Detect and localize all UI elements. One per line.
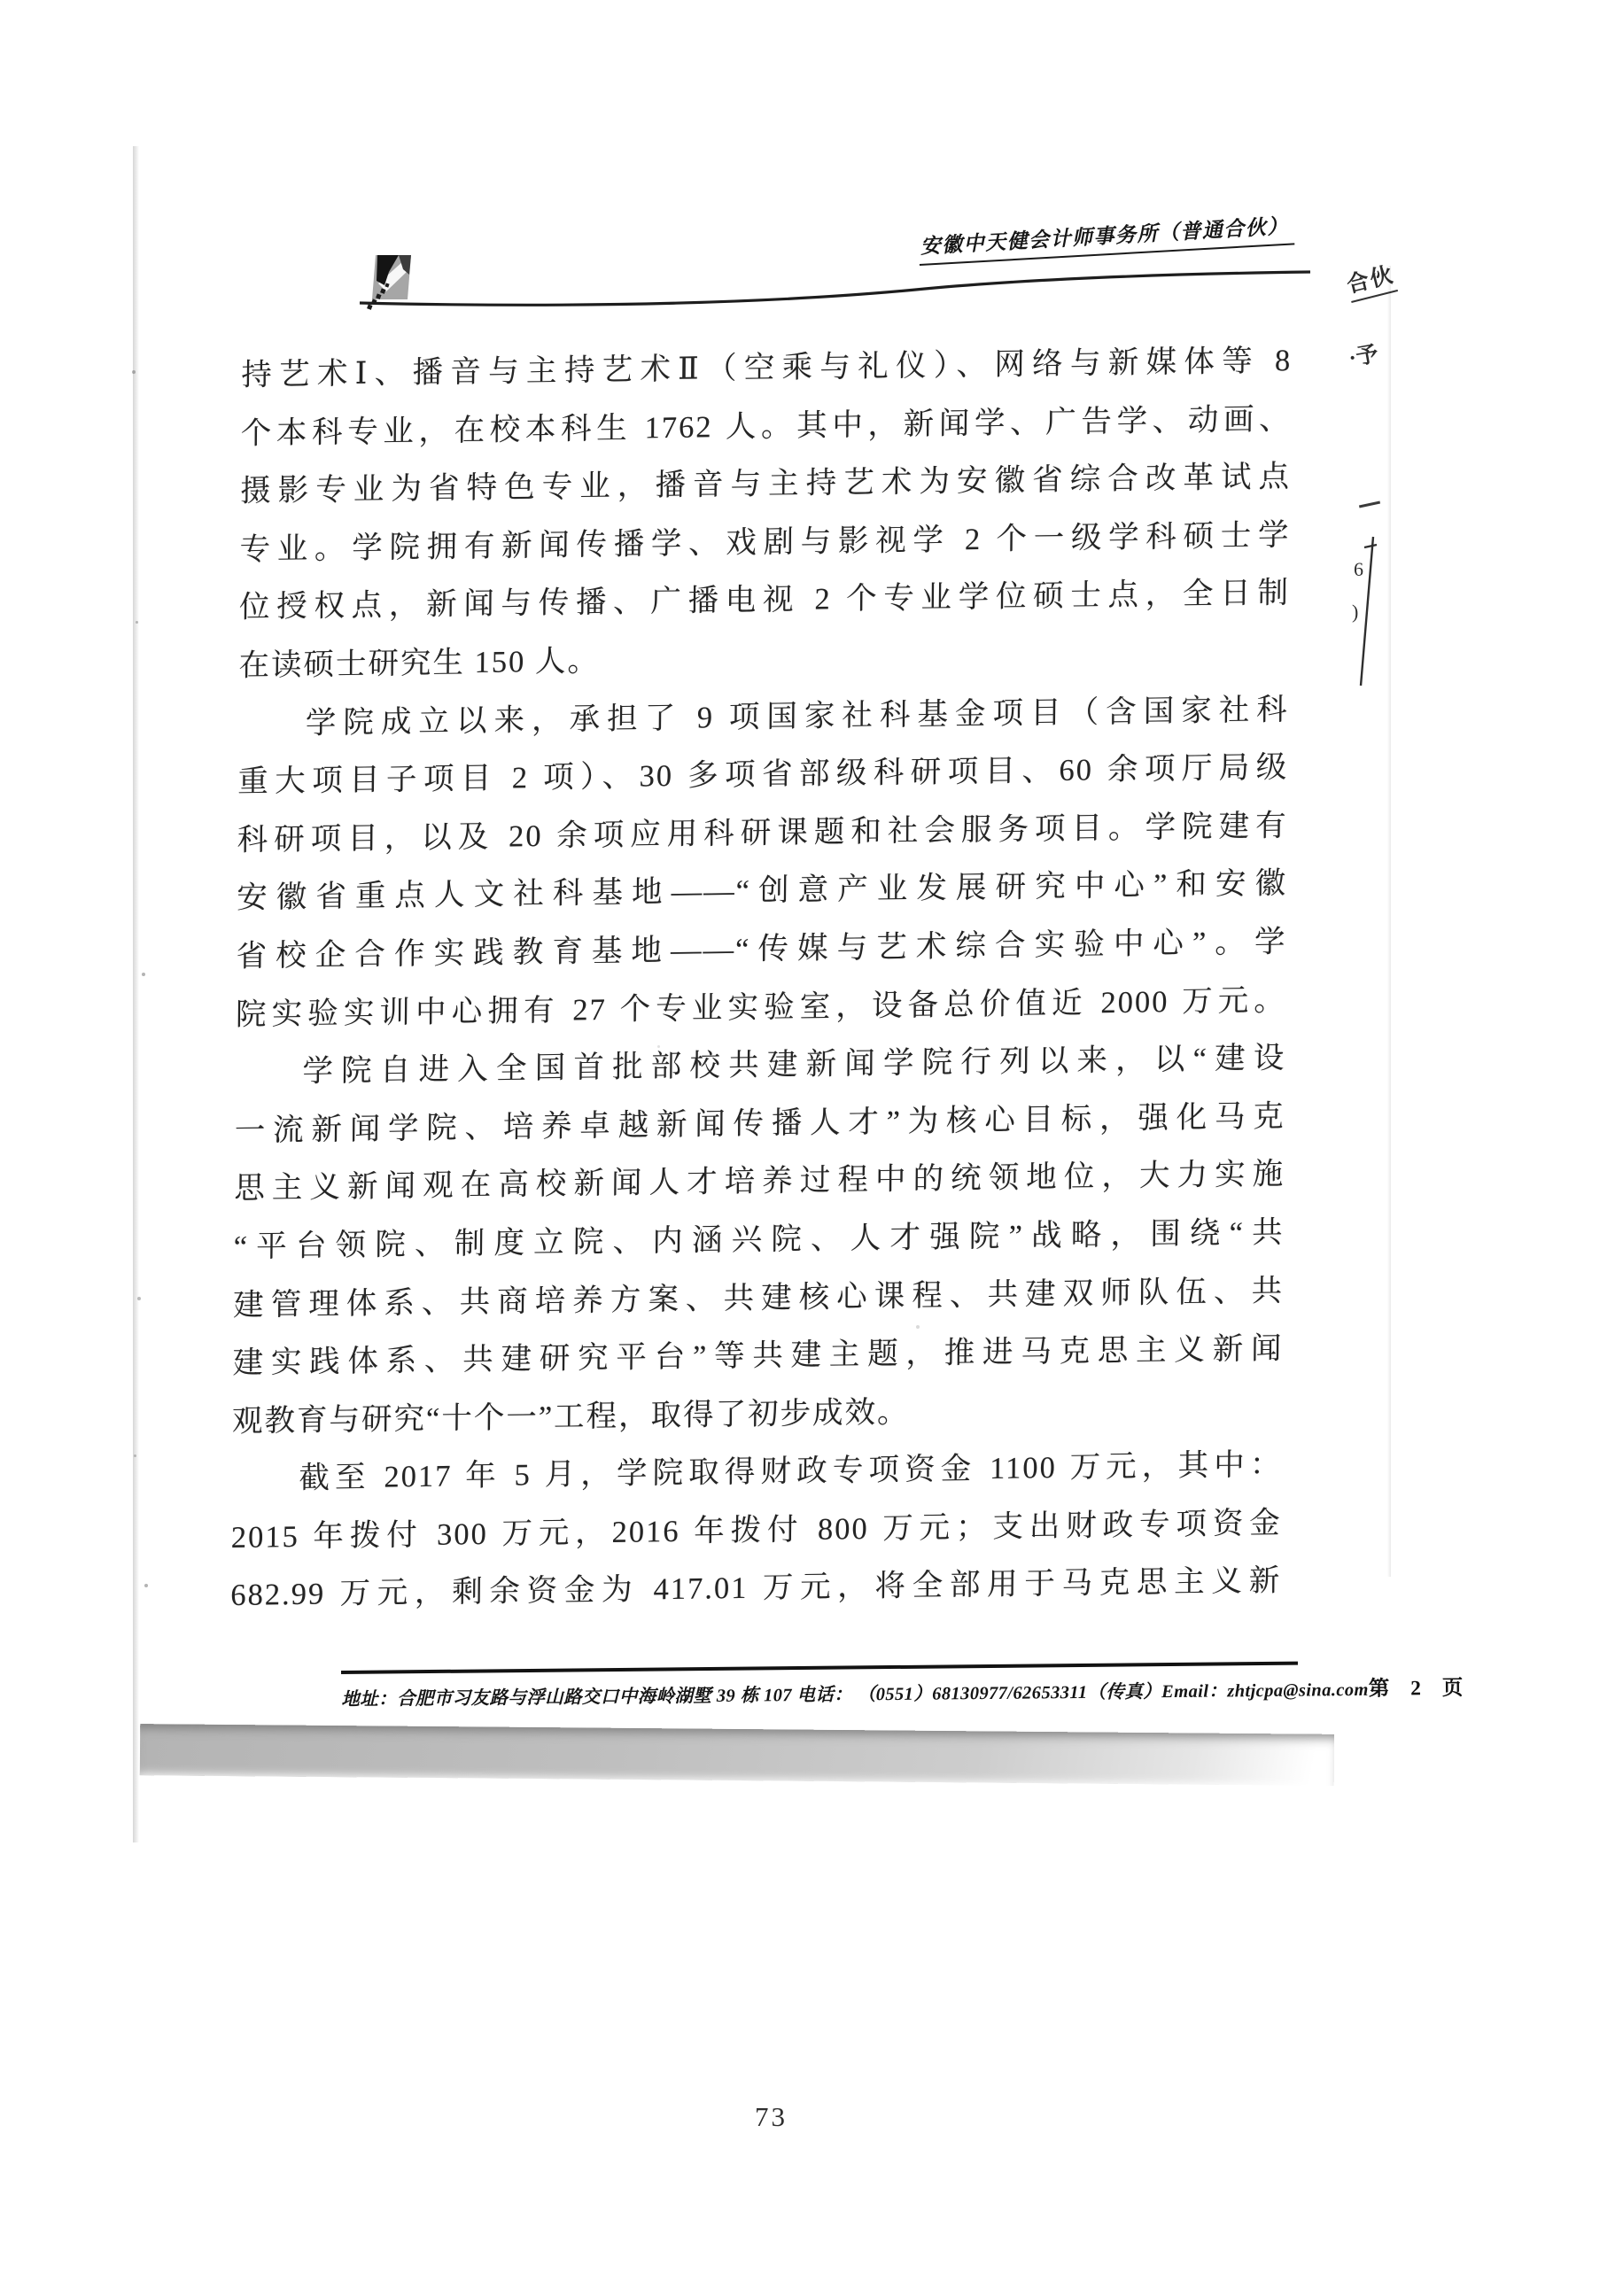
scan-edge-shadow-right [1387, 266, 1391, 1577]
scanned-document-page: { "header": { "firm_name": "安徽中天健会计师事务所（… [0, 0, 1623, 2296]
handwritten-margin-mark: 6 ) [1347, 530, 1386, 694]
scan-speckle [144, 1584, 148, 1587]
scan-edge-shadow-left [133, 146, 139, 1842]
scan-speckle [142, 973, 145, 976]
footer-page-label: 第 2 页 [1369, 1670, 1472, 1701]
body-text: 持艺术Ⅰ、播音与主持艺术Ⅱ（空乘与礼仪）、网络与新媒体等 8个本科专业，在校本科… [230, 332, 1292, 1625]
scan-speckle [132, 370, 136, 374]
scan-speckle [136, 621, 138, 624]
margin-note-partial: ·予 [1346, 336, 1380, 372]
footer: 地址：合肥市习友路与浮山路交口中海岭湖墅 39 栋 107 电话： （0551）… [341, 1662, 1298, 1711]
scan-speckle [134, 1454, 136, 1457]
header-rule [356, 244, 1313, 310]
scan-shadow-band [140, 1724, 1334, 1786]
footer-row: 地址：合肥市习友路与浮山路交口中海岭湖墅 39 栋 107 电话： （0551）… [341, 1672, 1298, 1710]
page-number: 73 [755, 2101, 788, 2133]
handwritten-stroke: ) [1352, 601, 1358, 623]
handwritten-digit: 6 [1354, 558, 1363, 580]
footer-rule [341, 1662, 1298, 1674]
margin-dash-mark [1359, 501, 1380, 508]
footer-address: 地址：合肥市习友路与浮山路交口中海岭湖墅 39 栋 107 电话： （0551）… [341, 1673, 1369, 1710]
scan-speckle [137, 1297, 141, 1300]
